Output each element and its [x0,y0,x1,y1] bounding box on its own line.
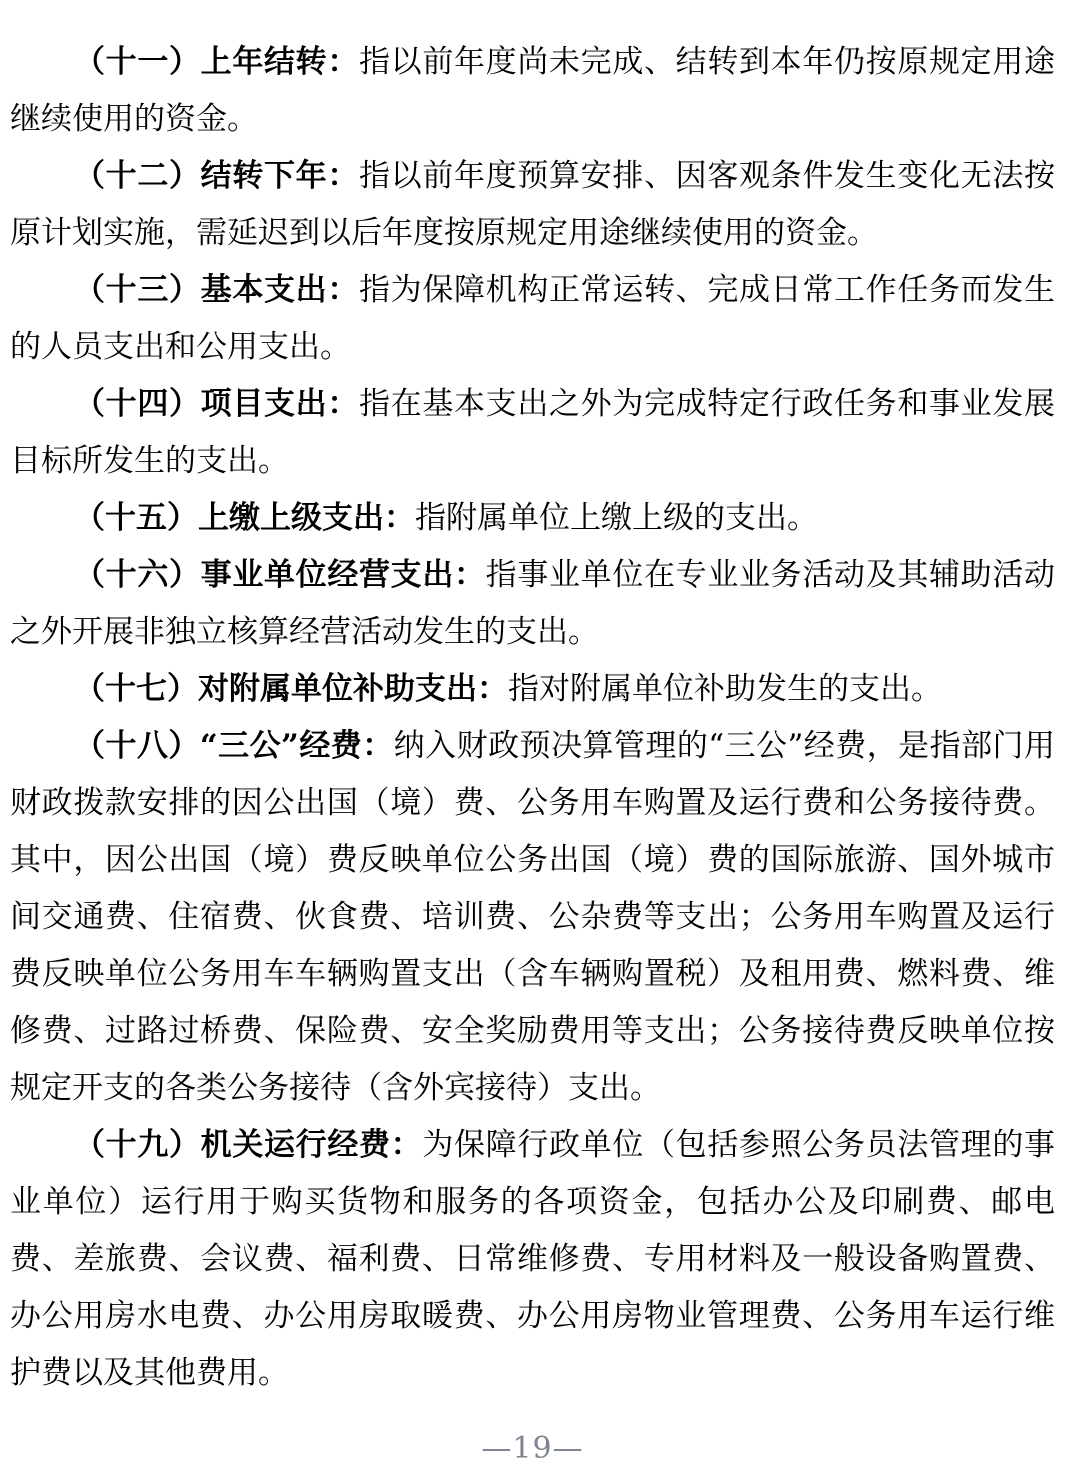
document-page: （十一）上年结转：指以前年度尚未完成、结转到本年仍按原规定用途继续使用的资金。（… [0,0,1065,1482]
definition-paragraph: （十九）机关运行经费：为保障行政单位（包括参照公务员法管理的事业单位）运行用于购… [10,1117,1055,1402]
definition-paragraph: （十七）对附属单位补助支出：指对附属单位补助发生的支出。 [10,661,1055,718]
definition-paragraph: （十八）“三公”经费：纳入财政预决算管理的“三公”经费，是指部门用财政拨款安排的… [10,718,1055,1117]
page-number: —19— [0,1432,1065,1466]
definition-term: （十四）项目支出： [74,386,359,422]
definition-paragraph: （十二）结转下年：指以前年度预算安排、因客观条件发生变化无法按原计划实施，需延迟… [10,148,1055,262]
definition-body: 指附属单位上缴上级的支出。 [415,500,818,536]
definition-term: （十八）“三公”经费： [74,728,394,764]
definition-term: （十一）上年结转： [74,44,359,80]
definition-body: 纳入财政预决算管理的“三公”经费，是指部门用财政拨款安排的因公出国（境）费、公务… [10,728,1055,1106]
definition-term: （十七）对附属单位补助支出： [74,671,508,707]
definition-paragraph: （十一）上年结转：指以前年度尚未完成、结转到本年仍按原规定用途继续使用的资金。 [10,34,1055,148]
definition-body: 指对附属单位补助发生的支出。 [508,671,942,707]
definition-paragraph: （十五）上缴上级支出：指附属单位上缴上级的支出。 [10,490,1055,547]
definition-term: （十九）机关运行经费： [74,1127,422,1163]
definition-body: 为保障行政单位（包括参照公务员法管理的事业单位）运行用于购买货物和服务的各项资金… [10,1127,1055,1391]
definition-term: （十二）结转下年： [74,158,359,194]
definition-paragraph: （十六）事业单位经营支出：指事业单位在专业业务活动及其辅助活动之外开展非独立核算… [10,547,1055,661]
definition-term: （十六）事业单位经营支出： [74,557,486,593]
definition-term: （十三）基本支出： [74,272,359,308]
definitions-list: （十一）上年结转：指以前年度尚未完成、结转到本年仍按原规定用途继续使用的资金。（… [10,34,1055,1402]
definition-term: （十五）上缴上级支出： [74,500,415,536]
definition-paragraph: （十四）项目支出：指在基本支出之外为完成特定行政任务和事业发展目标所发生的支出。 [10,376,1055,490]
definition-paragraph: （十三）基本支出：指为保障机构正常运转、完成日常工作任务而发生的人员支出和公用支… [10,262,1055,376]
